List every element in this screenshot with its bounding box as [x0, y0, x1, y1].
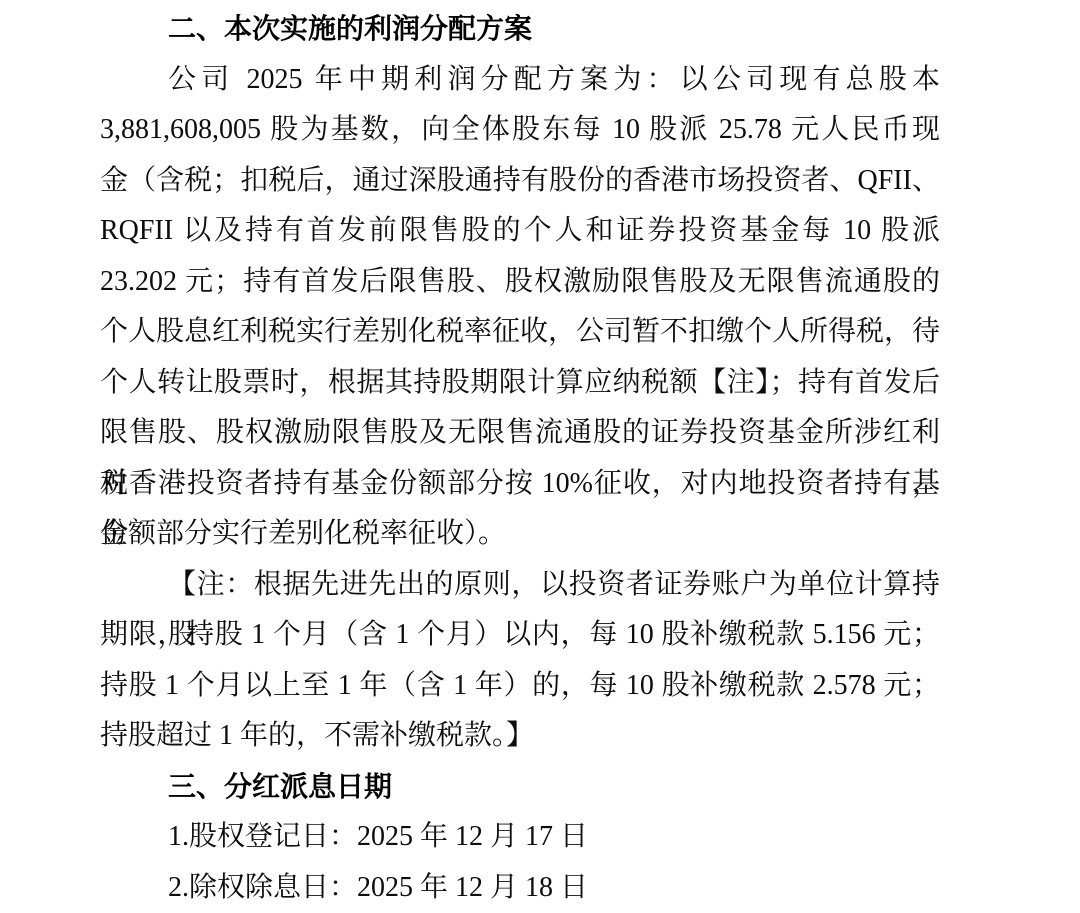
document-line: 1.股权登记日：2025 年 12 月 17 日	[100, 812, 940, 863]
document-line: 对香港投资者持有基金份额部分按 10%征收，对内地投资者持有基金	[100, 459, 940, 510]
document-line: 3,881,608,005 股为基数，向全体股东每 10 股派 25.78 元人…	[100, 105, 940, 156]
document-body: 二、本次实施的利润分配方案公司 2025 年中期利润分配方案为：以公司现有总股本…	[0, 0, 1080, 913]
document-line: 期限，持股 1 个月（含 1 个月）以内，每 10 股补缴税款 5.156 元；	[100, 610, 940, 661]
document-line: 限售股、股权激励限售股及无限售流通股的证券投资基金所涉红利税，	[100, 408, 940, 459]
document-line: 个人股息红利税实行差别化税率征收，公司暂不扣缴个人所得税，待	[100, 307, 940, 358]
document-line: 个人转让股票时，根据其持股期限计算应纳税额【注】；持有首发后	[100, 358, 940, 409]
section-heading: 三、分红派息日期	[100, 762, 940, 813]
document-line: RQFII 以及持有首发前限售股的个人和证券投资基金每 10 股派	[100, 206, 940, 257]
document-line: 持股超过 1 年的，不需补缴税款。】	[100, 711, 940, 762]
document-line: 【注：根据先进先出的原则，以投资者证券账户为单位计算持股	[100, 560, 940, 611]
document-line: 2.除权除息日：2025 年 12 月 18 日	[100, 863, 940, 913]
document-line: 份额部分实行差别化税率征收）。	[100, 509, 940, 560]
document-line: 公司 2025 年中期利润分配方案为：以公司现有总股本	[100, 55, 940, 106]
section-heading: 二、本次实施的利润分配方案	[100, 4, 940, 55]
document-line: 23.202 元；持有首发后限售股、股权激励限售股及无限售流通股的	[100, 257, 940, 308]
document-line: 金（含税；扣税后，通过深股通持有股份的香港市场投资者、QFII、	[100, 156, 940, 207]
document-line: 持股 1 个月以上至 1 年（含 1 年）的，每 10 股补缴税款 2.578 …	[100, 661, 940, 712]
